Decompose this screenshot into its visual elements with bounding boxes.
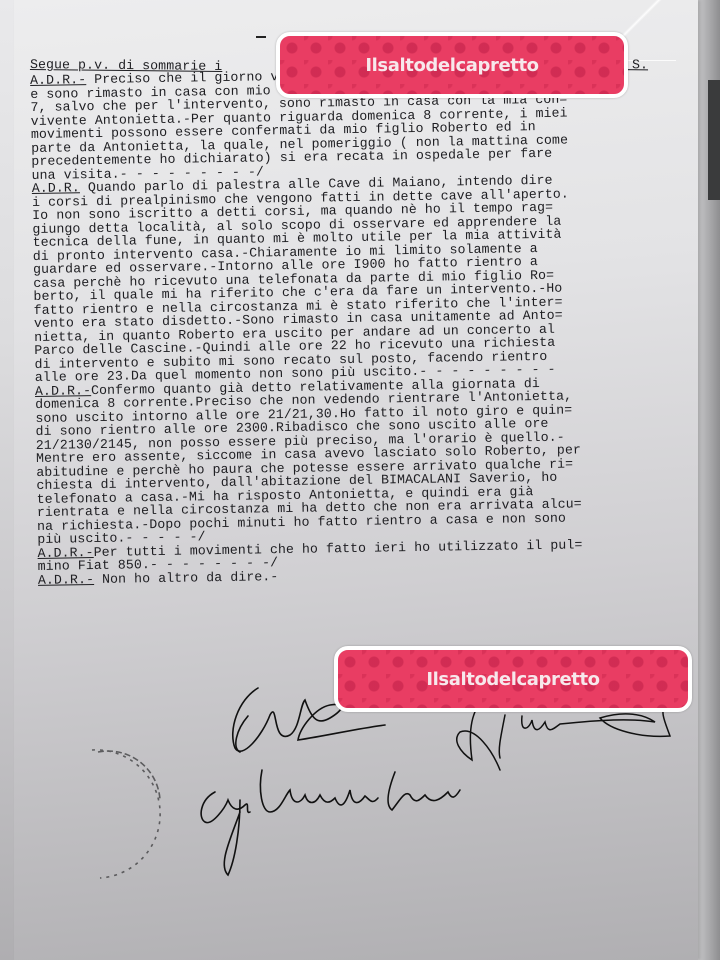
background-object bbox=[708, 80, 720, 200]
watermark-banner-bottom: Ilsaltodelcapretto bbox=[334, 646, 692, 712]
watermark-text: Ilsaltodelcapretto bbox=[365, 55, 538, 76]
watermark-text: Ilsaltodelcapretto bbox=[426, 669, 599, 690]
page-mark bbox=[256, 36, 266, 38]
statement-paragraph: A.D.R. Quando parlo di palestra alle Cav… bbox=[32, 172, 695, 385]
statement-paragraph: A.D.R.-Confermo quanto già detto relativ… bbox=[35, 374, 697, 546]
watermark-banner-top: Ilsaltodelcapretto bbox=[276, 32, 628, 98]
statement-body: A.D.R.- Preciso che il giorno venerdì 6 … bbox=[30, 64, 698, 587]
typewritten-statement: Segue p.v. di sommarie i CI S. A.D.R.- P… bbox=[30, 58, 690, 587]
adr-label: A.D.R.- bbox=[38, 572, 94, 588]
statement-text: Non ho altro da dire.- bbox=[94, 569, 279, 587]
